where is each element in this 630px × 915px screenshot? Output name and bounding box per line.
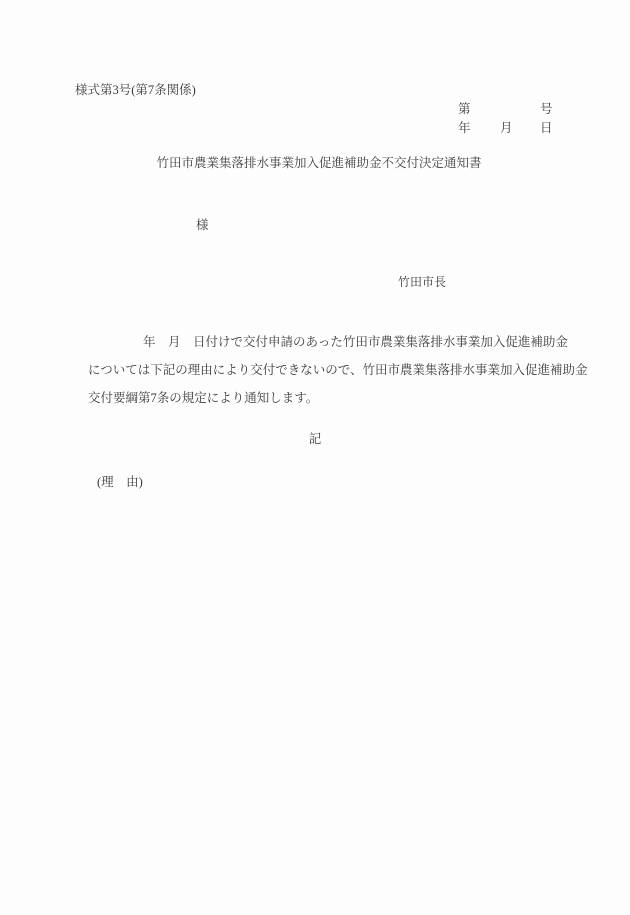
date-day-label: 日 <box>540 121 553 136</box>
addressee-honorific: 様 <box>196 218 209 233</box>
document-number-suffix: 号 <box>540 102 553 117</box>
document-number-prefix: 第 <box>458 102 471 117</box>
form-number-label: 様式第3号(第7条関係) <box>75 83 196 98</box>
document-title: 竹田市農業集落排水事業加入促進補助金不交付決定通知書 <box>0 156 630 171</box>
date-month-label: 月 <box>500 121 513 136</box>
date-year-label: 年 <box>458 121 471 136</box>
document-page: 様式第3号(第7条関係) 第 号 年 月 日 竹田市農業集落排水事業加入促進補助… <box>0 0 630 915</box>
body-text-line-3: 交付要綱第7条の規定により通知します。 <box>88 391 318 406</box>
record-heading: 記 <box>0 432 630 447</box>
body-text-line-1: 年 月 日付けで交付申請のあった竹田市農業集落排水事業加入促進補助金 <box>143 335 568 350</box>
reason-label: (理 由) <box>97 475 143 490</box>
body-text-line-2: については下記の理由により交付できないので、竹田市農業集落排水事業加入促進補助金 <box>88 363 588 378</box>
sender-name: 竹田市長 <box>398 275 446 289</box>
